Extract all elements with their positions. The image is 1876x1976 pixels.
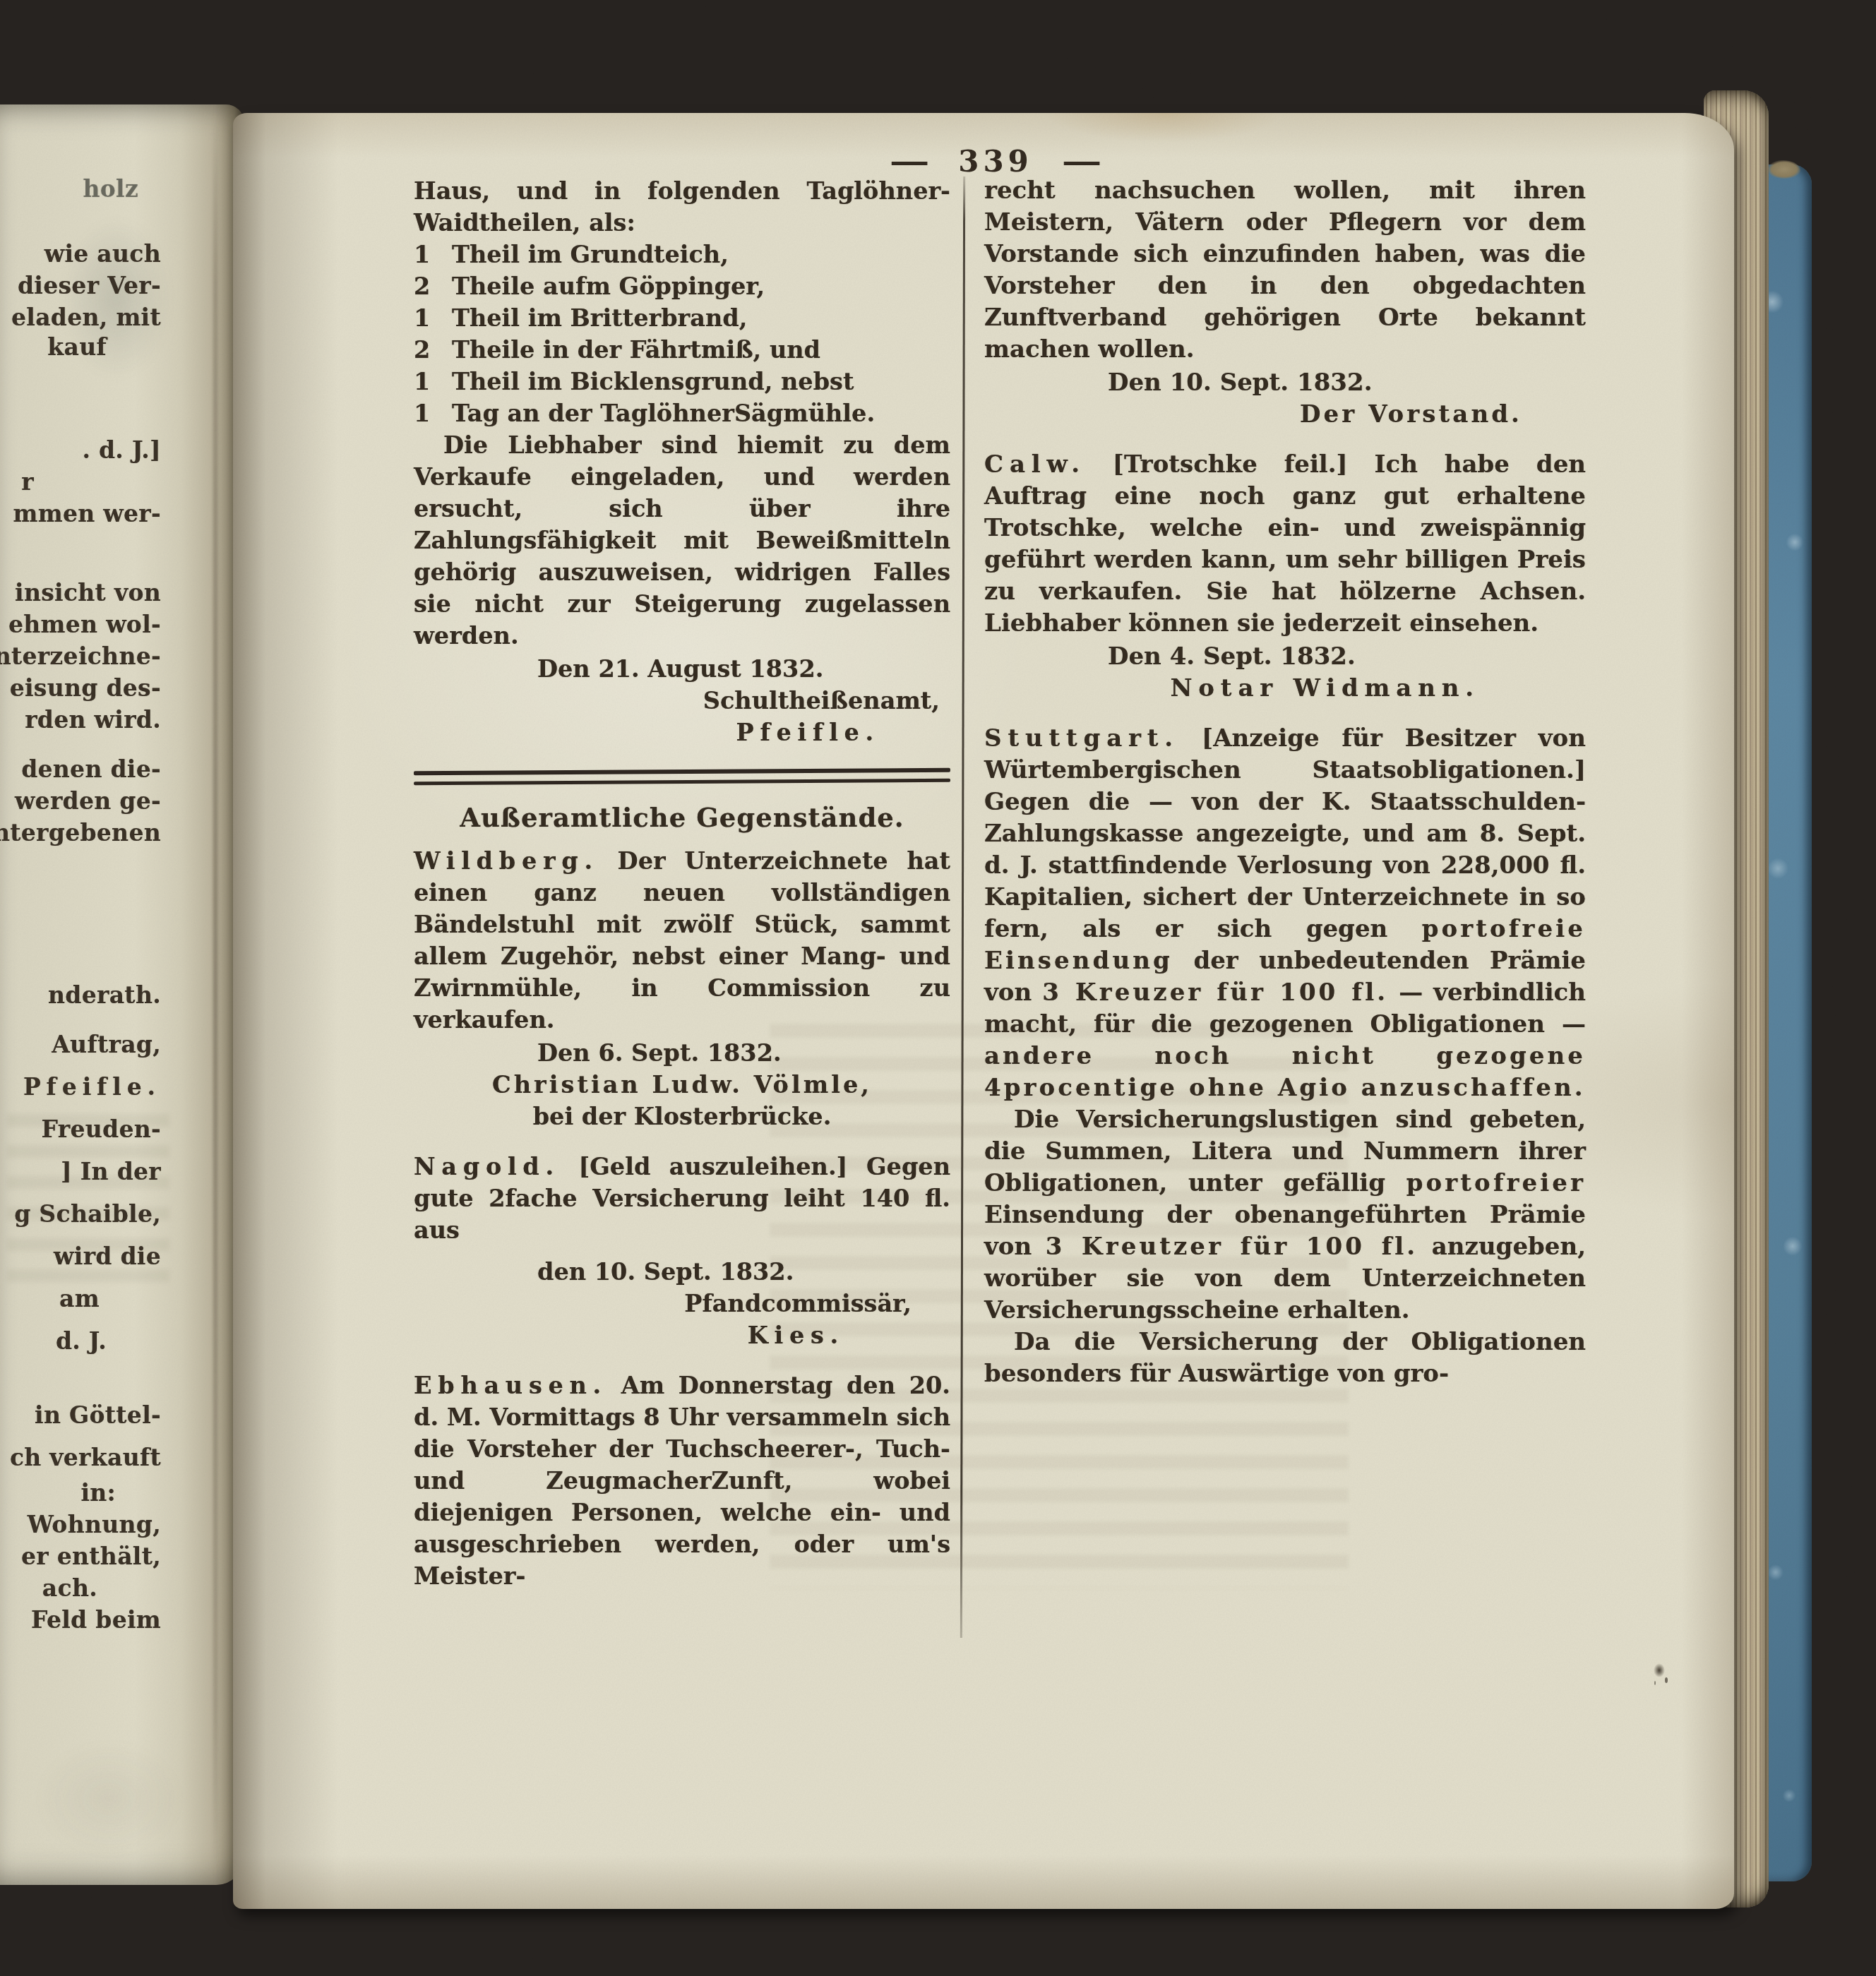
share-quantity: 1	[414, 302, 452, 334]
share-quantity: 1	[414, 397, 452, 429]
text-fragment: ach.	[42, 1574, 97, 1602]
paragraph-continuation: Haus, und in folgenden Taglöhner-Waidthe…	[414, 175, 950, 239]
share-text: Theil im Britterbrand,	[452, 302, 950, 334]
signature-name: Pfeifle.	[414, 717, 950, 748]
share-text: Theile in der Fährtmiß, und	[452, 334, 950, 366]
signature-name: Notar Widmann.	[984, 673, 1586, 705]
paragraph-wildberg: Wildberg. Der Unterzeichnete hat einen g…	[414, 845, 950, 1036]
text-fragment: in Göttel-	[35, 1401, 161, 1429]
place-name: Calw.	[984, 450, 1086, 479]
text-fragment: am	[59, 1285, 100, 1312]
emphasized-text: portofreier	[1406, 1169, 1586, 1197]
text-fragment: denen die-	[21, 755, 161, 783]
main-page: — 339 — Haus, und in folgenden Taglöhner…	[233, 113, 1734, 1909]
text-fragment: Feld beim	[31, 1606, 161, 1634]
section-divider-double-rule	[414, 768, 950, 786]
signature-name: Der Vorstand.	[984, 399, 1586, 431]
section-heading: Außeramtliche Gegenstände.	[414, 802, 950, 834]
date-line: den 10. Sept. 1832.	[414, 1256, 950, 1288]
paragraph-stuttgart-2: Die Versicherungslustigen sind gebeten, …	[984, 1104, 1586, 1327]
date-line: Den 6. Sept. 1832.	[414, 1037, 950, 1069]
list-item: 2 Theile aufm Göppinger,	[414, 270, 950, 302]
list-item: 1 Theil im Britterbrand,	[414, 302, 950, 334]
place-name: Stuttgart.	[984, 724, 1179, 753]
share-quantity: 2	[414, 270, 452, 302]
text-fragment: dieser Ver-	[18, 272, 161, 299]
signature-title: Pfandcommissär,	[414, 1288, 950, 1319]
page-header: — 339 —	[890, 144, 1101, 179]
signature-office: Schultheißenamt,	[414, 685, 950, 717]
text-fragment: Wohnung,	[28, 1511, 161, 1538]
text-fragment: rden wird.	[25, 706, 161, 733]
share-quantity: 1	[414, 366, 452, 397]
text-fragment: Pfeifle.	[23, 1073, 161, 1101]
share-text: Theile aufm Göppinger,	[452, 270, 950, 302]
ink-stain	[1654, 1663, 1665, 1677]
header-dash-left: —	[890, 144, 930, 179]
rule-bar	[414, 768, 950, 776]
text-fragment: ch verkauft	[10, 1444, 161, 1471]
text-fragment: d. J.	[56, 1327, 107, 1355]
place-name: Wildberg.	[414, 847, 599, 875]
page-number: 339	[958, 144, 1033, 179]
list-item: 2 Theile in der Fährtmiß, und	[414, 334, 950, 366]
list-item: 1 Tag an der TaglöhnerSägmühle.	[414, 397, 950, 429]
text-fragment: wie auch	[44, 240, 161, 268]
notice-subject: [Trotschke feil.]	[1113, 450, 1348, 479]
column-divider-rule	[960, 176, 965, 1638]
text-fragment: ] In der	[61, 1158, 161, 1185]
header-dash-right: —	[1061, 144, 1101, 179]
text-fragment: ehmen wol-	[8, 611, 161, 638]
forest-share-list: 1 Theil im Grundteich, 2 Theile aufm Göp…	[414, 239, 950, 429]
text-fragment: mmen wer-	[13, 500, 162, 527]
paragraph-stuttgart: Stuttgart. [Anzeige für Besitzer von Wür…	[984, 723, 1586, 1104]
text-fragment: Freuden-	[42, 1115, 161, 1143]
share-quantity: 1	[414, 239, 452, 270]
date-line: Den 21. August 1832.	[414, 653, 950, 685]
share-text: Theil im Bicklensgrund, nebst	[452, 366, 950, 397]
notice-text: Am Donnerstag den 20. d. M. Vormittags 8…	[414, 1372, 950, 1590]
text-fragment: holz	[83, 175, 138, 203]
text-fragment: Auftrag,	[52, 1031, 161, 1058]
left-page-text-fragments: holz wie auch dieser Ver- eladen, mit ka…	[0, 104, 244, 1885]
paragraph-continuation-right: recht nachsuchen wollen, mit ihren Meist…	[984, 175, 1586, 366]
signature-name: Kies.	[414, 1319, 950, 1351]
place-name: Ebhausen.	[414, 1372, 607, 1399]
emphasized-text: andere noch nicht gezogene 4procentige o…	[984, 1042, 1586, 1102]
text-fragment: eladen, mit	[11, 304, 161, 331]
signature-address: bei der Klosterbrücke.	[414, 1101, 950, 1132]
paragraph-nagold: Nagold. [Geld auszuleihen.] Gegen gute 2…	[414, 1151, 950, 1246]
text-fragment: insicht von	[15, 579, 161, 606]
text-fragment: nterzeichne-	[0, 642, 161, 670]
date-line: Den 4. Sept. 1832.	[984, 641, 1586, 673]
text-fragment: . d. J.]	[82, 436, 161, 464]
text-fragment: ntergebenen	[0, 819, 161, 846]
text-fragment: kauf	[47, 333, 107, 361]
book-scan: holz wie auch dieser Ver- eladen, mit ka…	[0, 0, 1876, 1976]
left-column: Haus, und in folgenden Taglöhner-Waidthe…	[414, 175, 950, 1592]
text-fragment: nderath.	[48, 981, 161, 1009]
emphasized-text: 3 Kreuzer für 100 fl.	[1042, 978, 1388, 1007]
paragraph-ebhausen: Ebhausen. Am Donnerstag den 20. d. M. Vo…	[414, 1370, 950, 1592]
paragraph-invitation: Die Liebhaber sind hiemit zu dem Verkauf…	[414, 429, 950, 652]
paragraph-stuttgart-3: Da die Versicherung der Obligationen bes…	[984, 1327, 1586, 1390]
text-fragment: werden ge-	[15, 787, 161, 815]
text-fragment: wird die	[54, 1243, 161, 1270]
rule-bar	[414, 779, 950, 786]
text-fragment: g Schaible,	[14, 1200, 161, 1228]
paragraph-calw: Calw. [Trotschke feil.] Ich habe den Auf…	[984, 449, 1586, 640]
emphasized-text: 3 Kreutzer für 100 fl.	[1046, 1233, 1418, 1261]
list-item: 1 Theil im Grundteich,	[414, 239, 950, 270]
list-item: 1 Theil im Bicklensgrund, nebst	[414, 366, 950, 397]
text-fragment: eisung des-	[10, 674, 161, 702]
place-name: Nagold.	[414, 1153, 560, 1180]
right-column: recht nachsuchen wollen, mit ihren Meist…	[984, 175, 1586, 1390]
signature-name: Christian Ludw. Völmle,	[414, 1069, 950, 1101]
share-quantity: 2	[414, 334, 452, 366]
date-line: Den 10. Sept. 1832.	[984, 367, 1586, 399]
text-fragment: er enthält,	[21, 1543, 161, 1570]
notice-text: Der Unterzeichnete hat einen ganz neuen …	[414, 847, 950, 1034]
text-fragment: r	[21, 468, 34, 496]
notice-subject: [Geld auszuleihen.]	[578, 1153, 847, 1180]
share-text: Tag an der TaglöhnerSägmühle.	[452, 397, 950, 429]
left-page-partial: holz wie auch dieser Ver- eladen, mit ka…	[0, 104, 244, 1885]
text-fragment: in:	[80, 1479, 116, 1507]
share-text: Theil im Grundteich,	[452, 239, 950, 270]
